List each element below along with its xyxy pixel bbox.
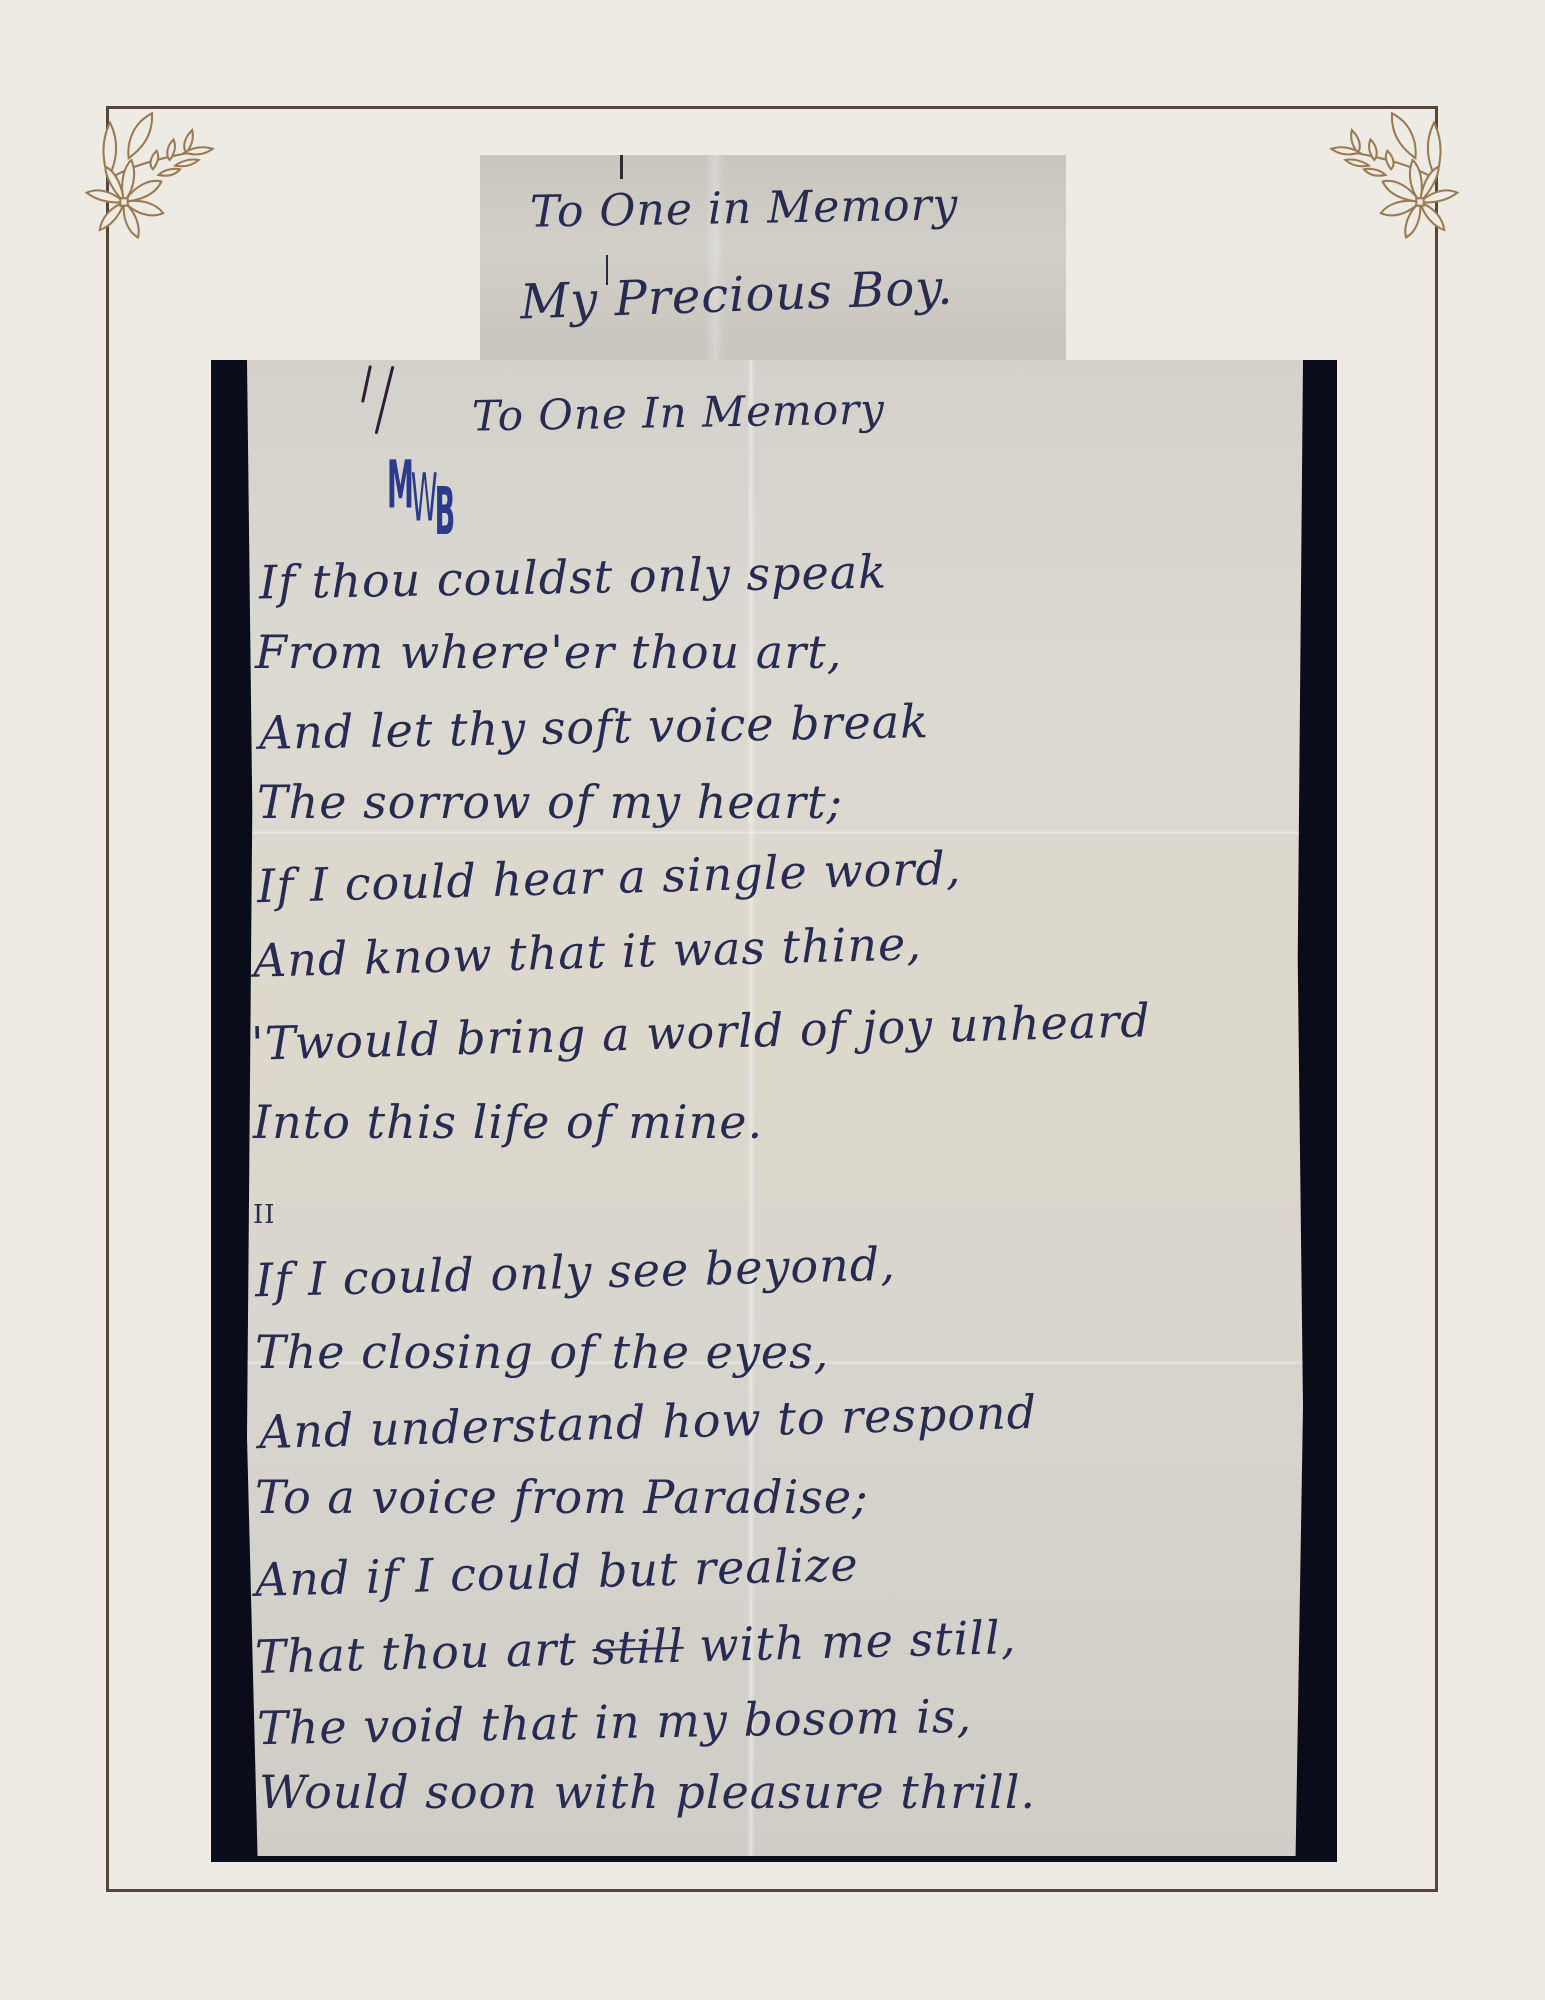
clipping-title: To One in Memory [530, 179, 959, 237]
paper-fold [247, 830, 1303, 836]
poem-line: If I could hear a single word, [256, 841, 962, 913]
poem-line: Into this life of mine. [253, 1095, 763, 1149]
letter-paper: To One In Memory M W B If thou couldst o… [247, 360, 1303, 1856]
poem-text: That thou art [254, 1622, 577, 1684]
top-photo-clipping: To One in Memory My Precious Boy. [480, 155, 1066, 360]
poem-text: with me still, [699, 1610, 1017, 1672]
poem-line: The void that in my bosom is, [257, 1689, 973, 1755]
ink-mark [620, 155, 623, 179]
floral-corner-icon [1322, 104, 1462, 244]
poem-line: The closing of the eyes, [255, 1325, 829, 1379]
poem-line: 'Twould bring a world of joy unheard [250, 993, 1151, 1071]
poem-line: If I could only see beyond, [254, 1237, 896, 1308]
poem-line: Would soon with pleasure thrill. [259, 1765, 1036, 1819]
poem-line: From where'er thou art, [255, 625, 842, 679]
poem-line: And if I could but realize [254, 1537, 859, 1607]
poem-line: That thou art still with me still, [254, 1610, 1017, 1684]
poem-line: To a voice from Paradise; [255, 1470, 869, 1524]
poem-line: If thou couldst only speak [259, 545, 888, 610]
poem-line: And know that it was thine, [252, 916, 922, 987]
letter-title: To One In Memory [472, 384, 886, 440]
poem-line: And understand how to respond [258, 1385, 1037, 1459]
ink-mark [375, 366, 395, 435]
clipping-dedication: My Precious Boy. [519, 259, 954, 330]
monogram-letter: B [435, 474, 453, 551]
ink-mark [361, 365, 372, 403]
struck-out-word: still [592, 1619, 685, 1675]
monogram: M W B [387, 448, 452, 551]
monogram-letter: W [411, 461, 435, 538]
monogram-letter: M [387, 448, 411, 525]
poem-line: And let thy soft voice break [259, 694, 930, 760]
section-mark: II [253, 1200, 276, 1230]
letter-photo: To One In Memory M W B If thou couldst o… [211, 360, 1337, 1862]
poem-line: The sorrow of my heart; [257, 775, 843, 829]
floral-corner-icon [82, 104, 222, 244]
